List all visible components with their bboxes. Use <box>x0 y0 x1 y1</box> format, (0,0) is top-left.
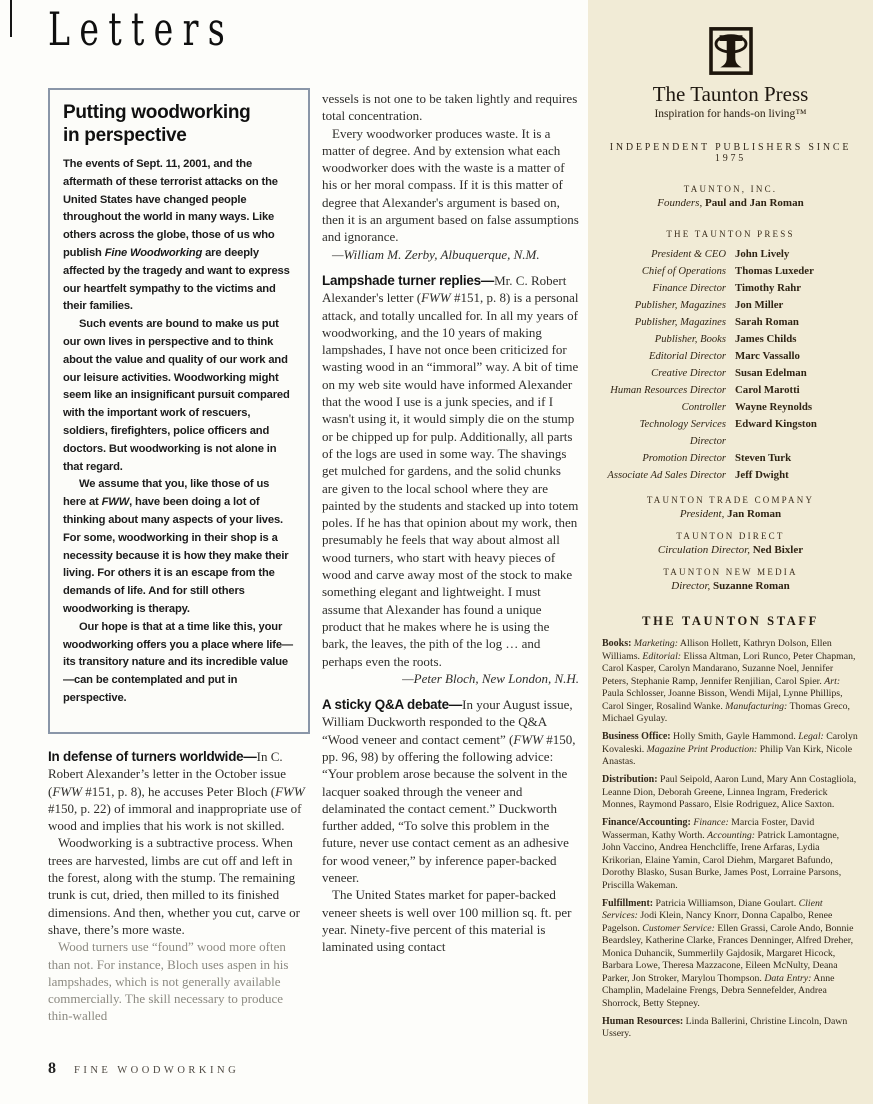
role-title: Controller <box>602 399 726 416</box>
top-left-rule <box>10 0 12 37</box>
staff-list: Books: Marketing: Allison Hollett, Kathr… <box>602 638 859 1041</box>
masthead-role-row: Publisher, MagazinesSarah Roman <box>602 314 859 331</box>
letter-paragraph: Wood turners use “found” wood more often… <box>48 938 310 1024</box>
letter-paragraph: In defense of turners worldwide—In C. Ro… <box>48 748 310 834</box>
masthead-role-row: Promotion DirectorSteven Turk <box>602 450 859 467</box>
role-title: Associate Ad Sales Director <box>602 467 726 484</box>
letter-paragraph: Lampshade turner replies—Mr. C. Robert A… <box>322 272 579 670</box>
staff-paragraph: Human Resources: Linda Ballerini, Christ… <box>602 1016 859 1041</box>
role-person: Edward Kingston <box>735 416 859 450</box>
letter-paragraph: —Peter Bloch, New London, N.H. <box>322 670 579 687</box>
boxed-letter-body: The events of Sept. 11, 2001, and the af… <box>63 156 295 708</box>
role-title: Finance Director <box>602 280 726 297</box>
brand-name: The Taunton Press <box>602 82 859 106</box>
letter-defense-of-turners: In defense of turners worldwide—In C. Ro… <box>48 748 310 1025</box>
letter-paragraph: —William M. Zerby, Albuquerque, N.M. <box>322 246 579 263</box>
masthead-role-row: Technology Services DirectorEdward Kings… <box>602 416 859 450</box>
role-person: Sarah Roman <box>735 314 859 331</box>
masthead-groups: TAUNTON TRADE COMPANYPresident, Jan Roma… <box>602 495 859 592</box>
boxed-letter-paragraph: We assume that you, like those of us her… <box>63 476 295 618</box>
brand-tagline: Inspiration for hands-on living™ <box>602 108 859 120</box>
masthead-role-row: Publisher, MagazinesJon Miller <box>602 297 859 314</box>
group-line: Director, Suzanne Roman <box>602 580 859 592</box>
boxed-letter-paragraph: The events of Sept. 11, 2001, and the af… <box>63 156 295 316</box>
role-person: James Childs <box>735 331 859 348</box>
editors-note-box: Putting woodworkingin perspective The ev… <box>48 88 310 734</box>
role-title: Publisher, Magazines <box>602 314 726 331</box>
letter-paragraph: Woodworking is a subtractive process. Wh… <box>48 834 310 938</box>
group-line: President, Jan Roman <box>602 508 859 520</box>
role-person: John Lively <box>735 246 859 263</box>
group-heading: TAUNTON TRADE COMPANY <box>602 495 859 505</box>
letter-paragraph: The United States market for paper-backe… <box>322 886 579 955</box>
column-middle: vessels is not one to be taken lightly a… <box>322 90 579 956</box>
staff-paragraph: Distribution: Paul Seipold, Aaron Lund, … <box>602 774 859 812</box>
letter-paragraph: Every woodworker produces waste. It is a… <box>322 125 579 246</box>
group-heading: TAUNTON DIRECT <box>602 531 859 541</box>
page-footer: 8 FINE WOODWORKING <box>48 1060 239 1078</box>
role-person: Steven Turk <box>735 450 859 467</box>
group-heading: TAUNTON NEW MEDIA <box>602 567 859 577</box>
role-person: Carol Marotti <box>735 382 859 399</box>
role-title: Chief of Operations <box>602 263 726 280</box>
role-title: Promotion Director <box>602 450 726 467</box>
masthead-role-row: Associate Ad Sales DirectorJeff Dwight <box>602 467 859 484</box>
staff-paragraph: Books: Marketing: Allison Hollett, Kathr… <box>602 638 859 726</box>
role-title: Publisher, Books <box>602 331 726 348</box>
page-number: 8 <box>48 1060 56 1077</box>
masthead-sidebar: The Taunton Press Inspiration for hands-… <box>588 0 873 1104</box>
role-title: Technology Services Director <box>602 416 726 450</box>
role-title: President & CEO <box>602 246 726 263</box>
taunton-press-logo-icon <box>708 26 754 76</box>
staff-heading: THE TAUNTON STAFF <box>602 614 859 629</box>
masthead-group: TAUNTON DIRECTCirculation Director, Ned … <box>602 531 859 556</box>
masthead-role-row: Publisher, BooksJames Childs <box>602 331 859 348</box>
taunton-press-heading: THE TAUNTON PRESS <box>602 229 859 239</box>
role-person: Jeff Dwight <box>735 467 859 484</box>
role-person: Timothy Rahr <box>735 280 859 297</box>
masthead-group: TAUNTON NEW MEDIADirector, Suzanne Roman <box>602 567 859 592</box>
boxed-letter-paragraph: Such events are bound to make us put our… <box>63 316 295 476</box>
role-title: Publisher, Magazines <box>602 297 726 314</box>
role-title: Editorial Director <box>602 348 726 365</box>
masthead-role-row: President & CEOJohn Lively <box>602 246 859 263</box>
masthead-group: TAUNTON TRADE COMPANYPresident, Jan Roma… <box>602 495 859 520</box>
role-person: Marc Vassallo <box>735 348 859 365</box>
staff-paragraph: Business Office: Holly Smith, Gayle Hamm… <box>602 731 859 769</box>
letter-paragraph: A sticky Q&A debate—In your August issue… <box>322 696 579 886</box>
role-person: Jon Miller <box>735 297 859 314</box>
masthead-role-row: Chief of OperationsThomas Luxeder <box>602 263 859 280</box>
role-person: Thomas Luxeder <box>735 263 859 280</box>
role-person: Susan Edelman <box>735 365 859 382</box>
letter-paragraph: vessels is not one to be taken lightly a… <box>322 90 579 125</box>
masthead-role-row: ControllerWayne Reynolds <box>602 399 859 416</box>
brand-motto: INDEPENDENT PUBLISHERS SINCE 1975 <box>602 142 859 164</box>
magazine-name: FINE WOODWORKING <box>74 1065 239 1076</box>
staff-paragraph: Finance/Accounting: Finance: Marcia Fost… <box>602 817 859 892</box>
masthead-role-row: Human Resources DirectorCarol Marotti <box>602 382 859 399</box>
role-person: Wayne Reynolds <box>735 399 859 416</box>
boxed-letter-title-line2: in perspective <box>63 125 187 146</box>
masthead-role-row: Editorial DirectorMarc Vassallo <box>602 348 859 365</box>
group-line: Circulation Director, Ned Bixler <box>602 544 859 556</box>
masthead-role-row: Creative DirectorSusan Edelman <box>602 365 859 382</box>
boxed-letter-paragraph: Our hope is that at a time like this, yo… <box>63 619 295 708</box>
boxed-letter-title: Putting woodworkingin perspective <box>63 101 295 147</box>
masthead-role-list: President & CEOJohn LivelyChief of Opera… <box>602 246 859 484</box>
role-title: Human Resources Director <box>602 382 726 399</box>
staff-paragraph: Fulfillment: Patricia Williamson, Diane … <box>602 898 859 1011</box>
role-title: Creative Director <box>602 365 726 382</box>
masthead-role-row: Finance DirectorTimothy Rahr <box>602 280 859 297</box>
boxed-letter-title-line1: Putting woodworking <box>63 102 250 123</box>
page-title: Letters <box>48 4 234 55</box>
magazine-letters-page: Letters Putting woodworkingin perspectiv… <box>0 0 873 1104</box>
taunton-inc-heading: TAUNTON, INC. <box>602 184 859 194</box>
founders-line: Founders, Paul and Jan Roman <box>602 197 859 209</box>
